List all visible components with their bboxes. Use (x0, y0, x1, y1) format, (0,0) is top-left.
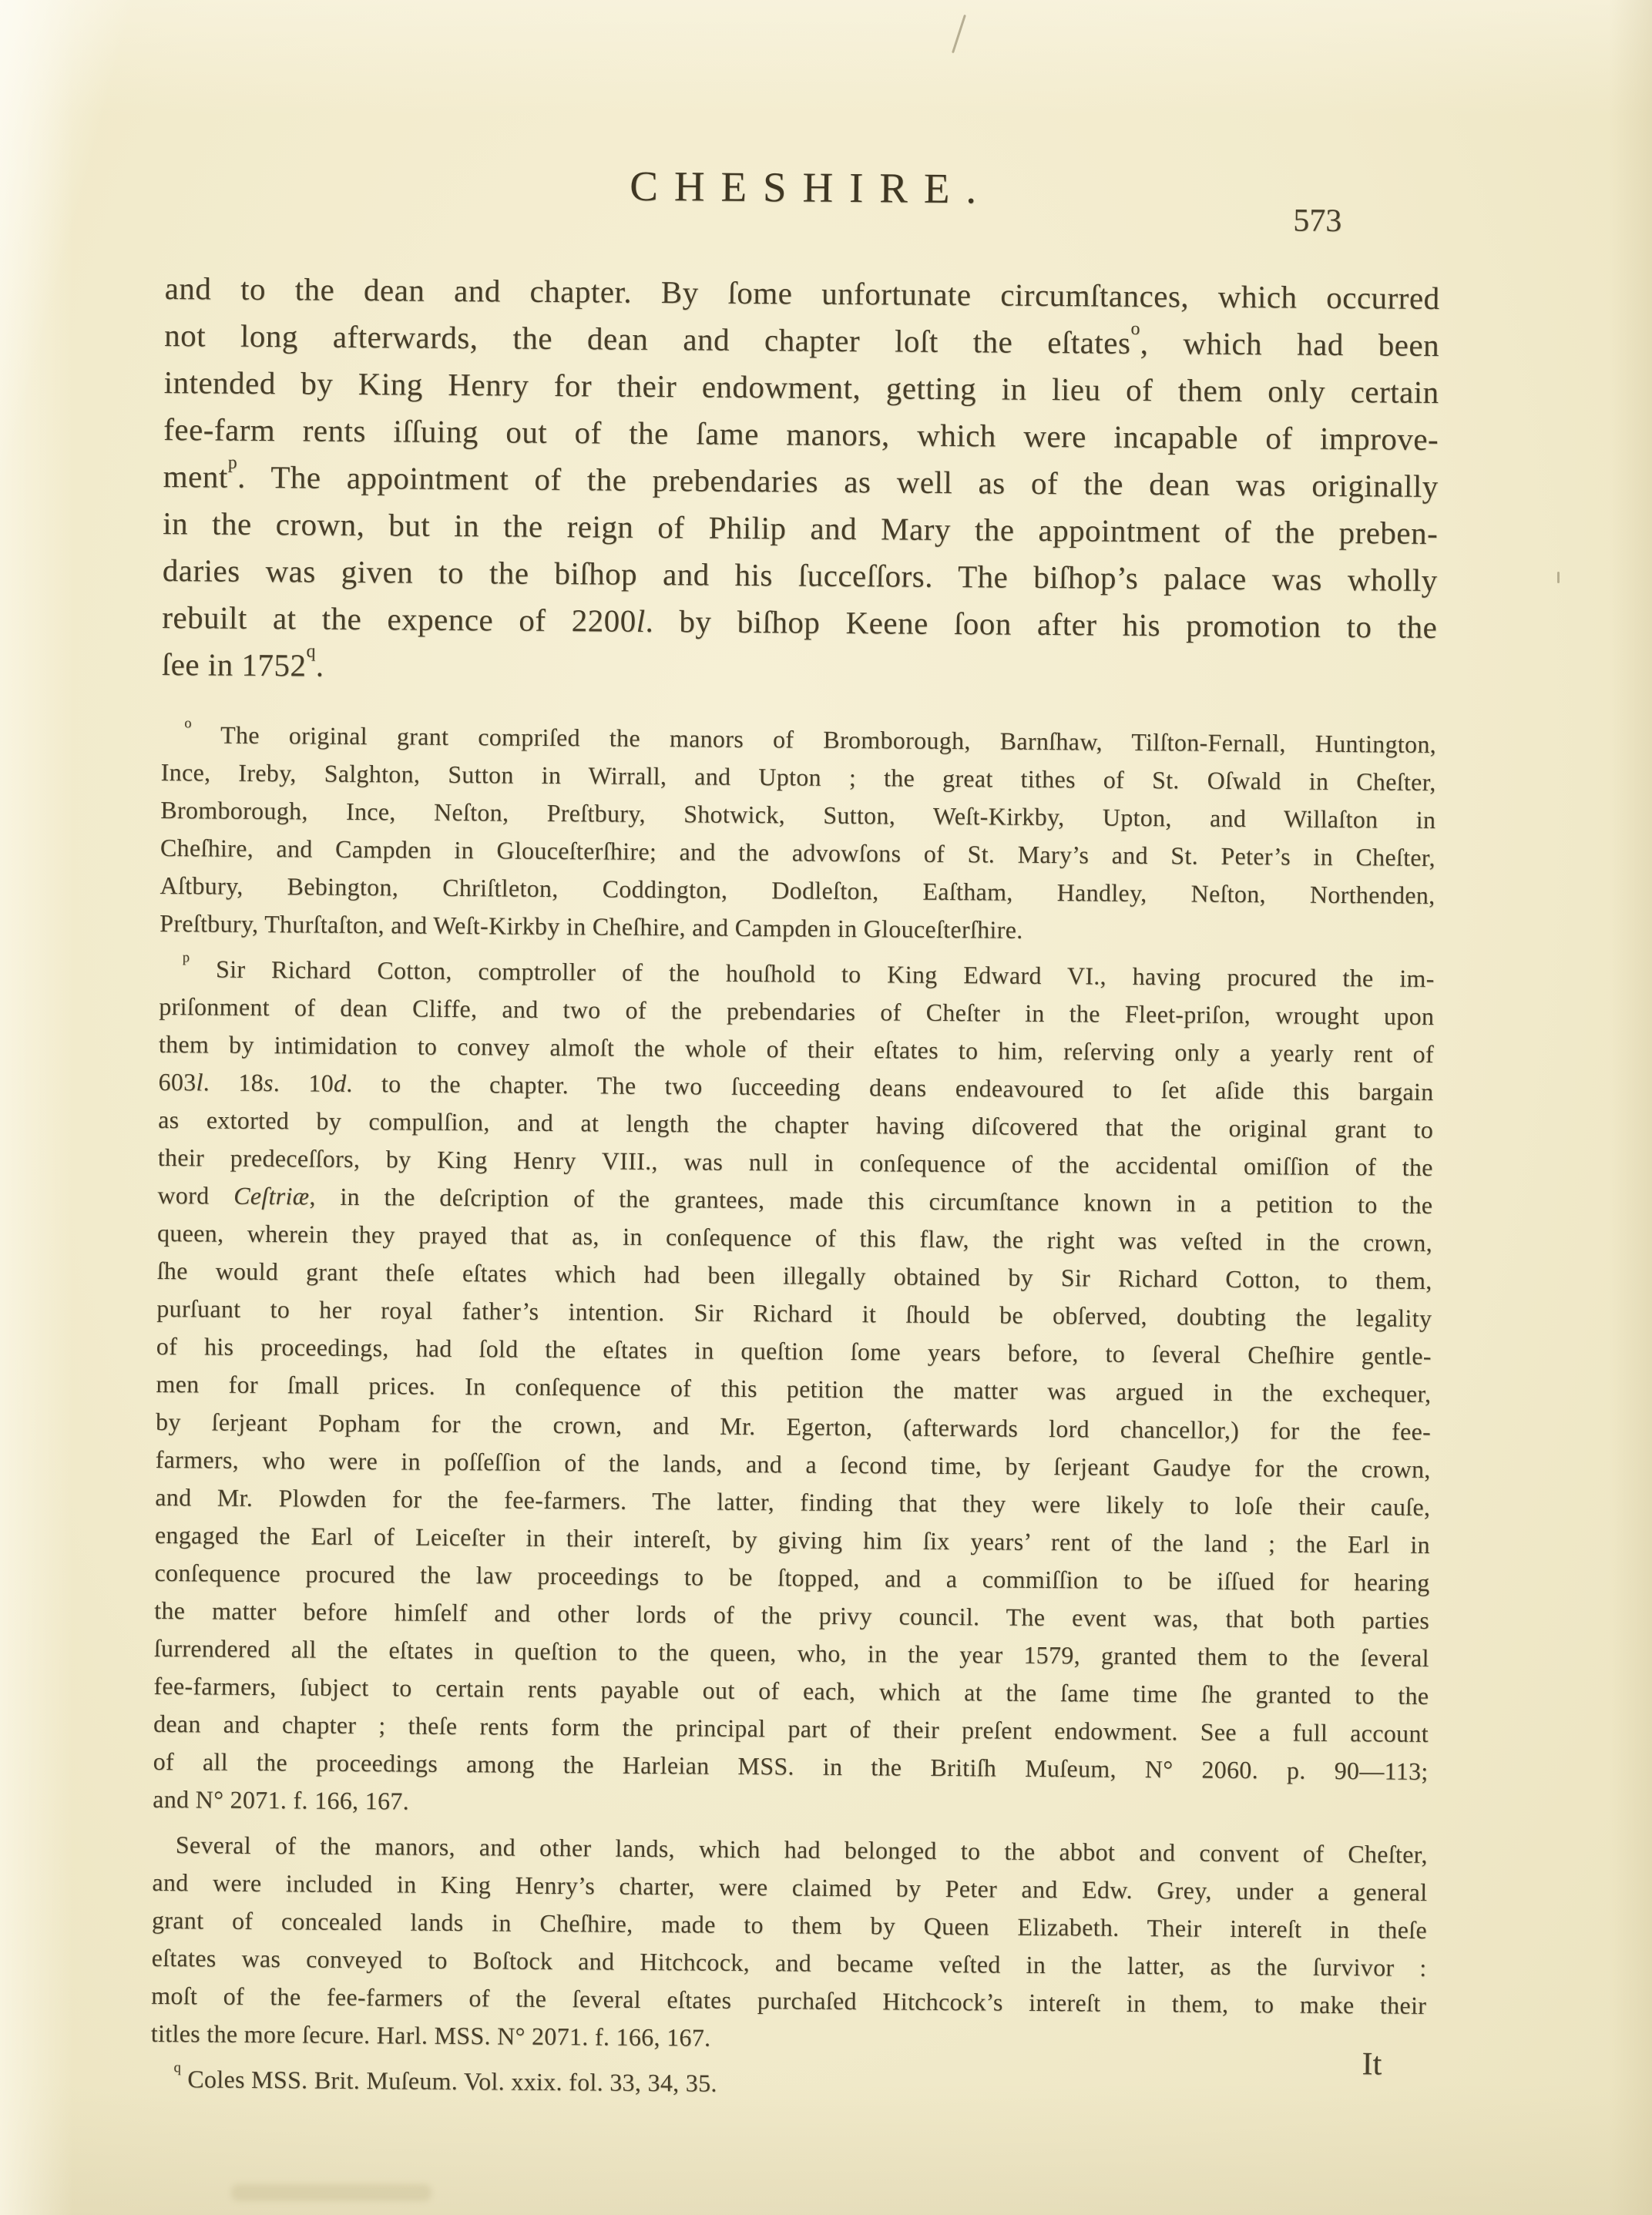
text-line: ſee in 1752q. (162, 641, 1437, 698)
footnote-q: q Coles MSS. Brit. Muſeum. Vol. xxix. fo… (150, 2060, 1425, 2108)
page-content: CHESHIRE. 573 and to the dean and chapte… (150, 158, 1441, 2108)
page-title: CHESHIRE. (166, 158, 1441, 216)
scan-scratch-mark (952, 15, 966, 53)
margin-ink-tick (1557, 572, 1560, 583)
text-line: rebuilt at the expence of 2200l. by biſh… (162, 594, 1437, 651)
main-paragraph: and to the dean and chapter. By ſome unf… (162, 265, 1440, 698)
book-page: CHESHIRE. 573 and to the dean and chapte… (0, 0, 1652, 2215)
show-through-mark (231, 2184, 431, 2201)
footnote-p-paragraph-1: p Sir Richard Cotton, comptroller of the… (153, 950, 1435, 1828)
footnote-p-paragraph-2: Several of the manors, and other lands, … (151, 1826, 1428, 2062)
page-number: 573 (1293, 202, 1341, 239)
catchword: It (1362, 2046, 1382, 2082)
page-header: CHESHIRE. 573 (165, 158, 1441, 245)
footnote-o: o The original grant compriſed the manor… (159, 716, 1436, 952)
text-line: q Coles MSS. Brit. Muſeum. Vol. xxix. fo… (150, 2060, 1425, 2108)
